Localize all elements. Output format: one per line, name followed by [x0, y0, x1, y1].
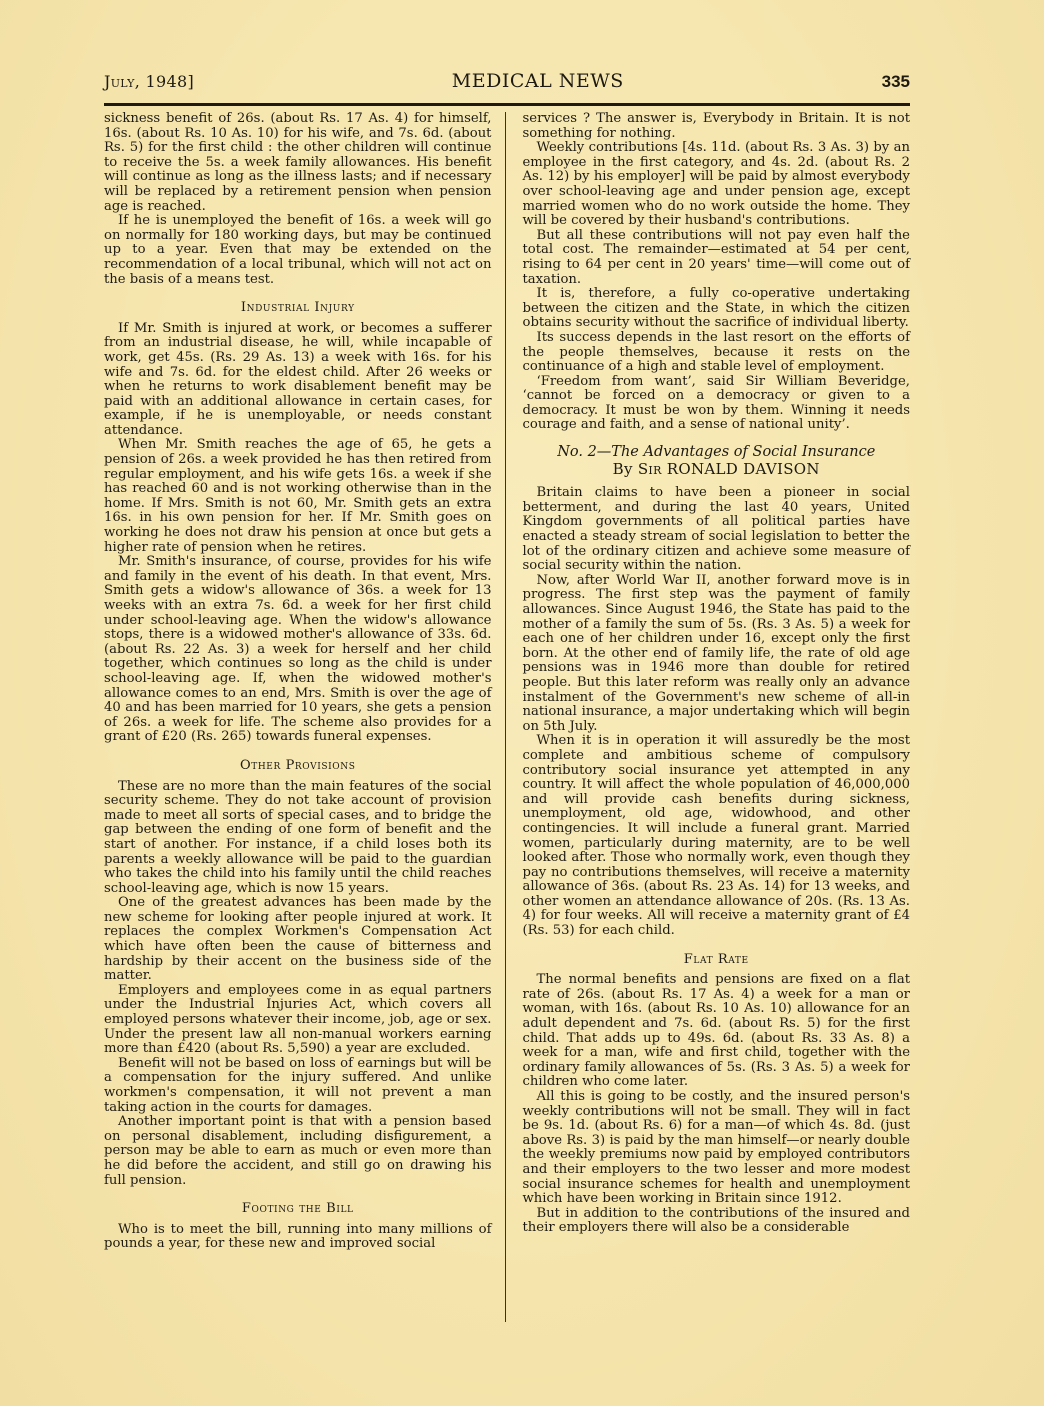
paragraph: Now, after World War II, another forward… — [523, 574, 911, 735]
issue-date: July, 1948] — [104, 72, 194, 91]
paragraph: If he is unemployed the benefit of 16s. … — [104, 214, 492, 287]
header-rule — [104, 103, 910, 106]
paragraph: services ? The answer is, Everybody in B… — [523, 112, 911, 141]
article-title: No. 2—The Advantages of Social Insurance — [523, 445, 911, 460]
two-column-body: sickness benefit of 26s. (about Rs. 17 A… — [104, 112, 910, 1252]
paragraph: sickness benefit of 26s. (about Rs. 17 A… — [104, 112, 492, 214]
paragraph: The normal benefits and pensions are fix… — [523, 973, 911, 1090]
column-divider — [505, 112, 506, 1322]
section-heading-industrial-injury: Industrial Injury — [104, 301, 492, 316]
paragraph: Mr. Smith's insurance, of course, provid… — [104, 555, 492, 745]
section-heading-flat-rate: Flat Rate — [523, 953, 911, 968]
left-column: sickness benefit of 26s. (about Rs. 17 A… — [104, 112, 492, 1252]
paragraph: But in addition to the contributions of … — [523, 1207, 911, 1236]
paragraph: These are no more than the main features… — [104, 780, 492, 897]
paragraph: Benefit will not be based on loss of ear… — [104, 1057, 492, 1115]
right-column: services ? The answer is, Everybody in B… — [523, 112, 911, 1252]
paragraph: When it is in operation it will assuredl… — [523, 734, 911, 938]
section-heading-footing-the-bill: Footing the Bill — [104, 1202, 492, 1217]
magazine-page: July, 1948] MEDICAL NEWS 335 sickness be… — [104, 70, 910, 1252]
byline-honorific: Sir — [638, 460, 662, 478]
paragraph: It is, therefore, a fully co-operative u… — [523, 287, 911, 331]
article-byline: By Sir RONALD DAVISON — [523, 462, 911, 477]
section-heading-other-provisions: Other Provisions — [104, 759, 492, 774]
byline-author: RONALD DAVISON — [667, 460, 820, 478]
paragraph: Britain claims to have been a pioneer in… — [523, 486, 911, 574]
paragraph: Another important point is that with a p… — [104, 1115, 492, 1188]
paragraph: ‘Freedom from want’, said Sir William Be… — [523, 375, 911, 433]
paragraph: Employers and employees come in as equal… — [104, 984, 492, 1057]
running-head: July, 1948] MEDICAL NEWS 335 — [104, 70, 910, 100]
paragraph: One of the greatest advances has been ma… — [104, 896, 492, 984]
paragraph: When Mr. Smith reaches the age of 65, he… — [104, 438, 492, 555]
paragraph: Who is to meet the bill, running into ma… — [104, 1223, 492, 1252]
publication-title: MEDICAL NEWS — [452, 70, 624, 92]
paragraph: If Mr. Smith is injured at work, or beco… — [104, 322, 492, 439]
page-number: 335 — [882, 72, 910, 92]
paragraph: Weekly contributions [4s. 11d. (about Rs… — [523, 141, 911, 229]
paragraph: All this is going to be costly, and the … — [523, 1090, 911, 1207]
byline-prefix: By — [613, 460, 633, 478]
paragraph: But all these contributions will not pay… — [523, 229, 911, 287]
paragraph: Its success depends in the last resort o… — [523, 331, 911, 375]
